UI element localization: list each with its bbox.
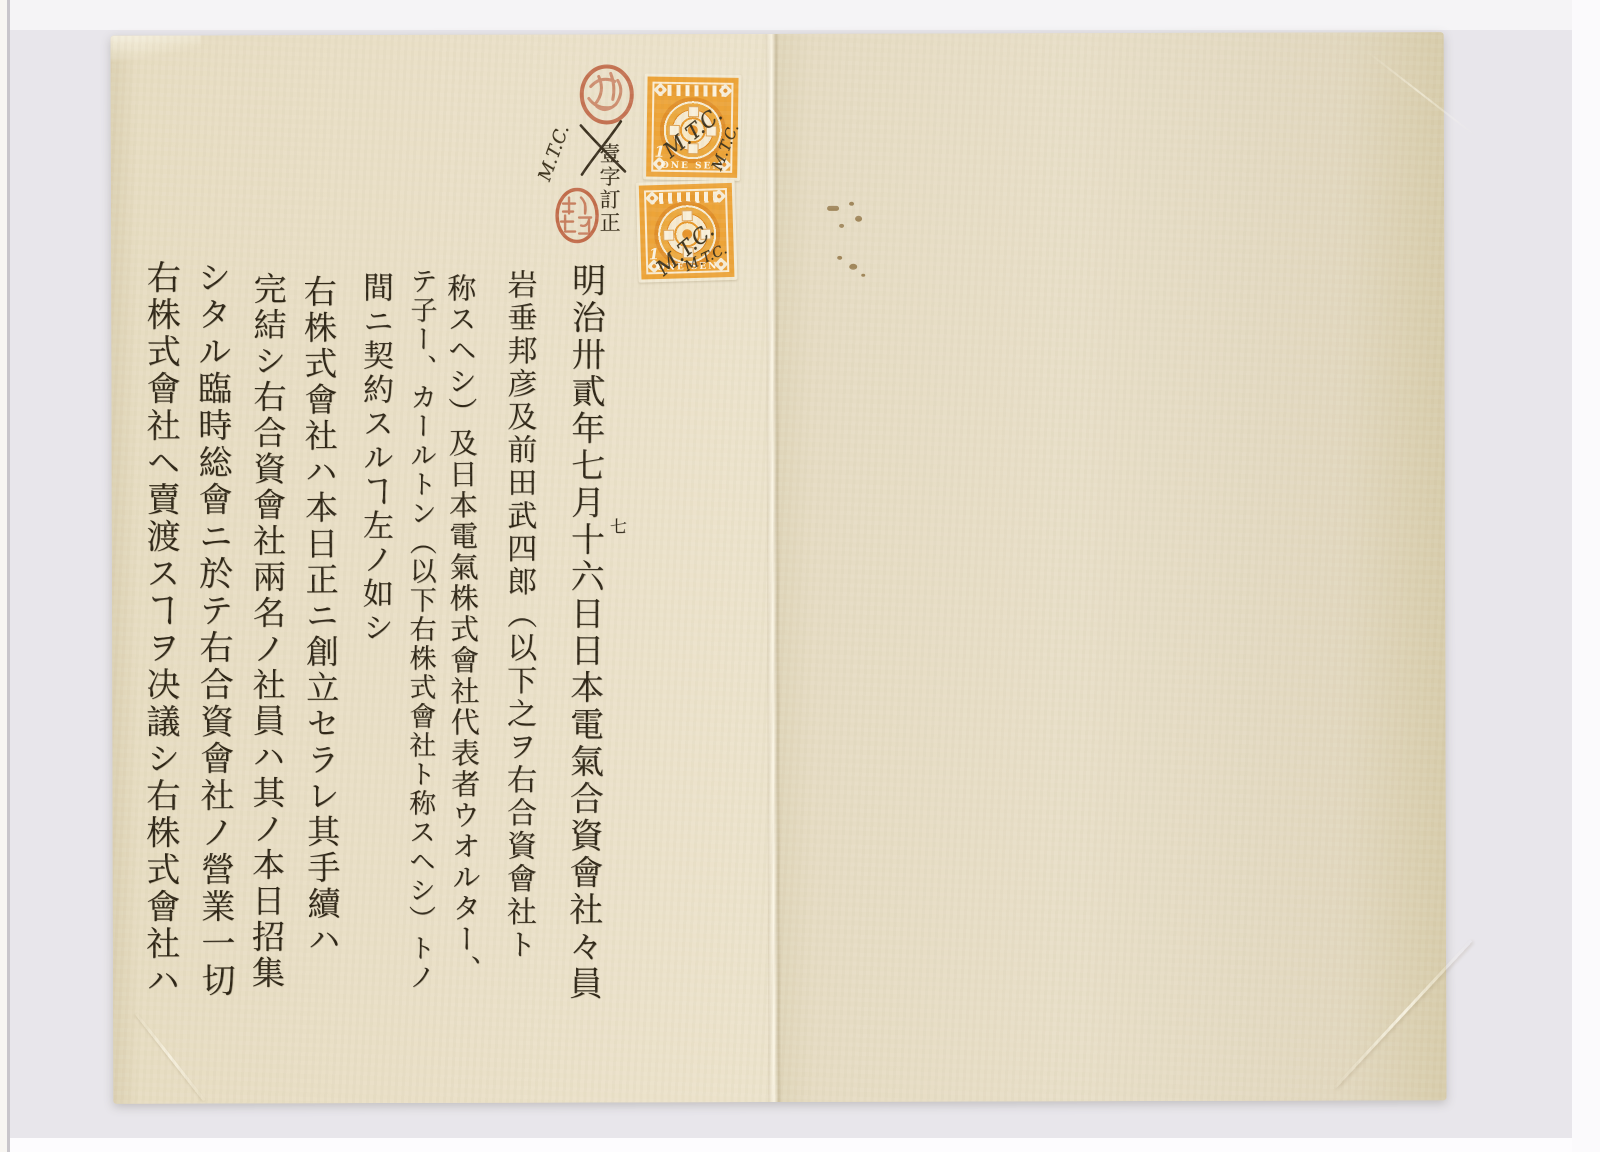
mat-top-strip: [0, 0, 1600, 30]
mat-left-strip: [0, 0, 7, 1152]
folded-document-sheet: 明治卅貳年七月十六日日本電氣合資會社々員 岩垂邦彦及前田武四郎（以下之ヲ右合資會…: [111, 32, 1447, 1103]
stamp-top-inscription-band: [658, 85, 727, 97]
text-column-3: 称スヘシ）及日本電氣株式會社代表者ウオルター、: [442, 273, 482, 986]
text-column-5: 間ニ契約スルヿ左ノ如シ: [356, 271, 394, 645]
ink-spot: [855, 216, 862, 222]
paper-right-page-blank: [772, 32, 1447, 1102]
red-seal-small: [555, 187, 599, 247]
red-seal-small-graphic: [555, 187, 599, 243]
ink-spot: [839, 224, 844, 228]
text-column-7: 完結シ右合資會社兩名ノ社員ハ其ノ本日招集: [246, 271, 287, 991]
ink-spot: [849, 202, 854, 206]
ink-spot: [827, 206, 839, 211]
text-column-4: テ子ー、カールトン（以下右株式會社ト称スヘシ）トノ: [402, 267, 436, 992]
mat-right-strip: [1572, 0, 1600, 1152]
text-column-2: 岩垂邦彦及前田武四郎（以下之ヲ右合資會社ト: [500, 269, 537, 962]
text-column-9: 右株式會社ヘ賣渡スヿヲ决議シ右株式會社ハ: [139, 260, 180, 1000]
ink-spot: [861, 274, 865, 277]
x-mark-graphic: [577, 117, 629, 177]
center-fold-line: [766, 34, 782, 1102]
mat-left-edge-line: [7, 0, 10, 1152]
stamp-medallion-char: [663, 229, 674, 240]
text-column-6: 右株式會社ハ本日正ニ創立セラレ其手續ハ: [298, 274, 342, 958]
text-column-1-date-line: 明治卅貳年七月十六日日本電氣合資會社々員: [562, 262, 606, 1002]
text-column-8: シタル臨時総會ニ於テ右合資會社ノ營業一切: [190, 259, 235, 999]
mat-bottom-strip: [0, 1138, 1600, 1152]
inserted-correction-char: 七: [610, 512, 627, 537]
cross-out-x-mark: [577, 117, 629, 181]
ink-spot: [837, 256, 842, 260]
stamp-medallion-char: [681, 210, 692, 221]
ink-spot: [849, 264, 857, 270]
